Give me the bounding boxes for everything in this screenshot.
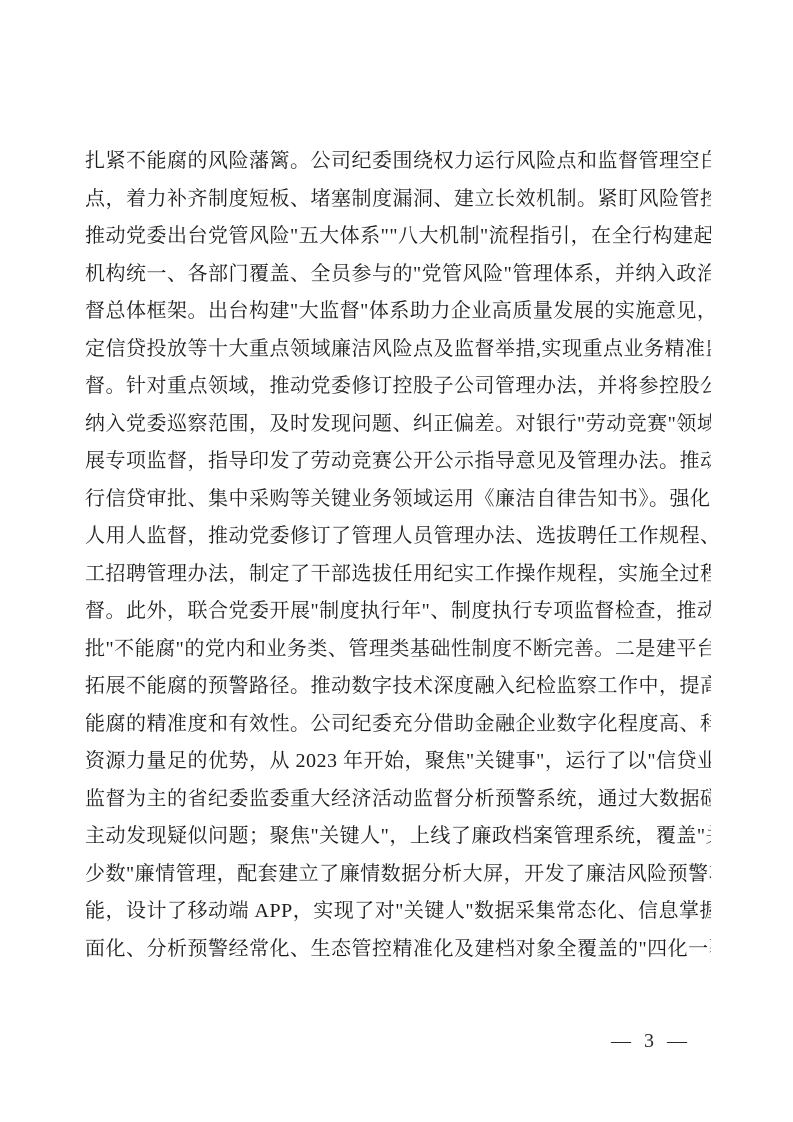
body-text-block: 扎紧不能腐的风险藩篱。公司纪委围绕权力运行风险点和监督管理空白 点，着力补齐制度… <box>85 143 711 968</box>
text-line: 纳入党委巡察范围，及时发现问题、纠正偏差。对银行"劳动竞赛"领域开 <box>85 406 711 444</box>
text-line: 能，设计了移动端 APP，实现了对"关键人"数据采集常态化、信息掌握全 <box>85 893 711 931</box>
text-line: 拓展不能腐的预警路径。推动数字技术深度融入纪检监察工作中，提高不 <box>85 668 711 706</box>
text-line: 展专项监督，指导印发了劳动竞赛公开公示指导意见及管理办法。推动全 <box>85 443 711 481</box>
text-line: 行信贷审批、集中采购等关键业务领域运用《廉洁自律告知书》。强化选 <box>85 481 711 519</box>
text-line: 点，着力补齐制度短板、堵塞制度漏洞、建立长效机制。紧盯风险管控， <box>85 181 711 219</box>
text-line: 督。针对重点领域，推动党委修订控股子公司管理办法，并将参控股公司 <box>85 368 711 406</box>
text-line: 督。此外，联合党委开展"制度执行年"、制度执行专项监督检查，推动一 <box>85 593 711 631</box>
text-line: 定信贷投放等十大重点领域廉洁风险点及监督举措,实现重点业务精准监 <box>85 331 711 369</box>
text-line: 机构统一、各部门覆盖、全员参与的"党管风险"管理体系，并纳入政治监 <box>85 256 711 294</box>
text-line: 督总体框架。出台构建"大监督"体系助力企业高质量发展的实施意见，制 <box>85 293 711 331</box>
text-line: 资源力量足的优势，从 2023 年开始，聚焦"关键事"，运行了以"信贷业务" <box>85 743 711 781</box>
text-line: 少数"廉情管理，配套建立了廉情数据分析大屏，开发了廉洁风险预警功 <box>85 856 711 894</box>
text-line: 面化、分析预警经常化、生态管控精准化及建档对象全覆盖的"四化一覆 <box>85 931 711 969</box>
text-line: 能腐的精准度和有效性。公司纪委充分借助金融企业数字化程度高、科技 <box>85 706 711 744</box>
text-line: 批"不能腐"的党内和业务类、管理类基础性制度不断完善。二是建平台， <box>85 631 711 669</box>
text-line: 推动党委出台党管风险"五大体系""八大机制"流程指引，在全行构建起全 <box>85 218 711 256</box>
page-number: — 3 — <box>596 1030 706 1053</box>
text-line: 监督为主的省纪委监委重大经济活动监督分析预警系统，通过大数据碰撞 <box>85 781 711 819</box>
document-page: 扎紧不能腐的风险藩篱。公司纪委围绕权力运行风险点和监督管理空白 点，着力补齐制度… <box>0 0 793 1122</box>
text-line: 工招聘管理办法，制定了干部选拔任用纪实工作操作规程，实施全过程监 <box>85 556 711 594</box>
text-line: 人用人监督，推动党委修订了管理人员管理办法、选拔聘任工作规程、员 <box>85 518 711 556</box>
text-line: 主动发现疑似问题；聚焦"关键人"，上线了廉政档案管理系统，覆盖"关键 <box>85 818 711 856</box>
text-line: 扎紧不能腐的风险藩篱。公司纪委围绕权力运行风险点和监督管理空白 <box>85 143 711 181</box>
